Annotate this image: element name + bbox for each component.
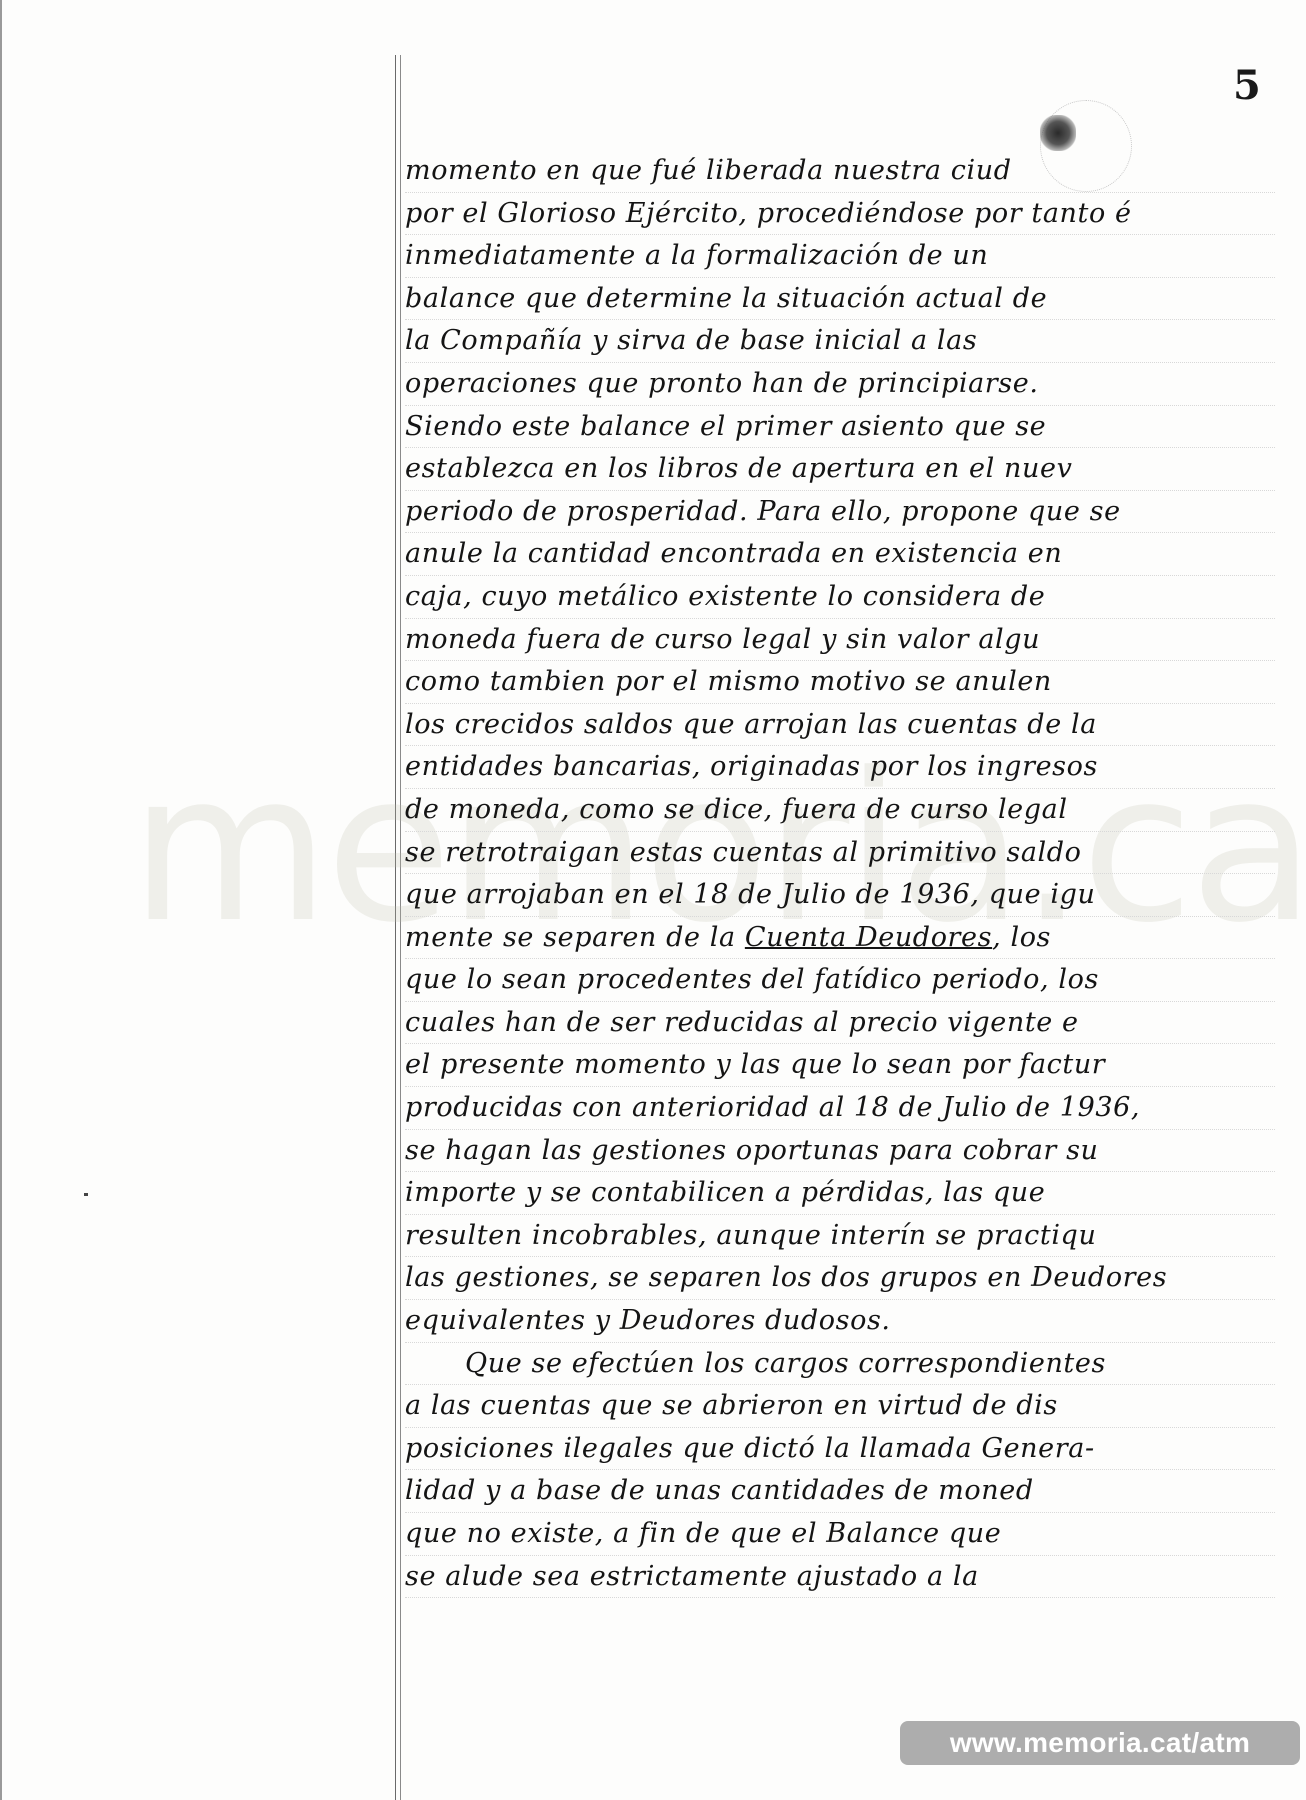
text-line: equivalentes y Deudores dudosos. [405,1300,1275,1343]
text-line: momento en que fué liberada nuestra ciud [405,150,1275,193]
text-line: cuales han de ser reducidas al precio vi… [405,1002,1275,1045]
underlined-phrase: Cuenta Deudores [745,922,992,953]
text-line: establezca en los libros de apertura en … [405,448,1275,491]
page-edge [0,0,2,1800]
text-line: anule la cantidad encontrada en existenc… [405,533,1275,576]
text-line: importe y se contabilicen a pérdidas, la… [405,1172,1275,1215]
text-line: balance que determine la situación actua… [405,278,1275,321]
stray-ink-mark [84,1193,88,1196]
text-line: entidades bancarias, originadas por los … [405,746,1275,789]
ink-blot-icon [1040,115,1076,151]
text-line: que lo sean procedentes del fatídico per… [405,959,1275,1002]
text-line: operaciones que pronto han de principiar… [405,363,1275,406]
text-line: resulten incobrables, aunque interín se … [405,1215,1275,1258]
text-line: Siendo este balance el primer asiento qu… [405,406,1275,449]
text-line: inmediatamente a la formalización de un [405,235,1275,278]
text-line-paragraph-start: Que se efectúen los cargos correspondien… [405,1343,1275,1386]
text-line: a las cuentas que se abrieron en virtud … [405,1385,1275,1428]
text-line: como tambien por el mismo motivo se anul… [405,661,1275,704]
text-line: la Compañía y sirva de base inicial a la… [405,320,1275,363]
text-line: las gestiones, se separen los dos grupos… [405,1257,1275,1300]
source-url-badge: www.memoria.cat/atm [900,1721,1300,1765]
page-number: 5 [1233,62,1261,109]
text-line: periodo de prosperidad. Para ello, propo… [405,491,1275,534]
text-line: se retrotraigan estas cuentas al primiti… [405,832,1275,875]
source-url-text: www.memoria.cat/atm [950,1727,1250,1759]
text-line: se alude sea estrictamente ajustado a la [405,1556,1275,1599]
text-line: el presente momento y las que lo sean po… [405,1044,1275,1087]
text-line: moneda fuera de curso legal y sin valor … [405,619,1275,662]
text-line: que no existe, a fin de que el Balance q… [405,1513,1275,1556]
text-line: caja, cuyo metálico existente lo conside… [405,576,1275,619]
text-line: que arrojaban en el 18 de Julio de 1936,… [405,874,1275,917]
text-line: los crecidos saldos que arrojan las cuen… [405,704,1275,747]
text-line: posiciones ilegales que dictó la llamada… [405,1428,1275,1471]
margin-rule-left [395,55,396,1800]
text-line-underlined: mente se separen de la Cuenta Deudores, … [405,917,1275,960]
text-line: de moneda, como se dice, fuera de curso … [405,789,1275,832]
scanned-page: 5 memoria.cat momento en que fué liberad… [0,0,1306,1800]
margin-rule-right [400,55,401,1800]
handwritten-body: momento en que fué liberada nuestra ciud… [405,150,1275,1598]
text-line: por el Glorioso Ejército, procediéndose … [405,193,1275,236]
text-line: producidas con anterioridad al 18 de Jul… [405,1087,1275,1130]
text-line: se hagan las gestiones oportunas para co… [405,1130,1275,1173]
text-line: lidad y a base de unas cantidades de mon… [405,1470,1275,1513]
